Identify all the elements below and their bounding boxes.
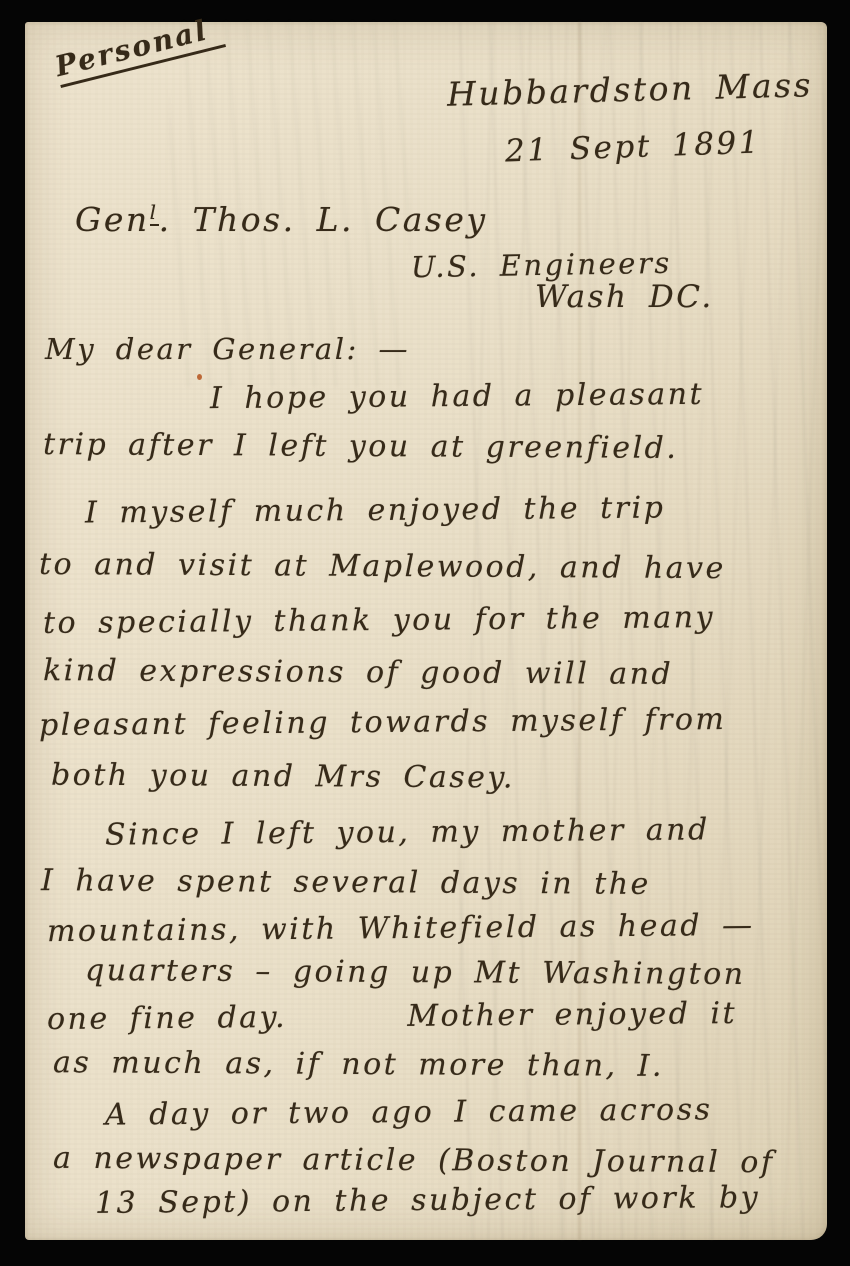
dateline-place: Hubbardston Mass — [447, 67, 814, 113]
letter-page: Personal Hubbardston Mass 21 Sept 1891 G… — [25, 22, 827, 1240]
recipient-name-prefix: Gen — [75, 200, 150, 239]
dateline-date: 21 Sept 1891 — [504, 126, 761, 169]
body-line: I hope you had a pleasant — [210, 378, 704, 415]
body-line: as much as, if not more than, I. — [53, 1046, 664, 1083]
body-line: one fine day. Mother enjoyed it — [47, 997, 737, 1036]
body-line: kind expressions of good will and — [43, 654, 673, 691]
recipient-name: Genl. Thos. L. Casey — [75, 202, 488, 238]
body-line: pleasant feeling towards myself from — [39, 703, 727, 742]
body-line: Since I left you, my mother and — [105, 813, 710, 851]
body-line: mountains, with Whitefield as head — — [47, 909, 755, 948]
personal-annotation: Personal — [52, 12, 226, 88]
recipient-name-rest: . Thos. L. Casey — [159, 200, 488, 239]
foxing-spot — [197, 374, 202, 380]
recipient-name-superscript: l — [150, 200, 159, 226]
salutation: My dear General: — — [45, 334, 410, 366]
body-line: to specially thank you for the many — [43, 601, 715, 640]
body-line: I have spent several days in the — [41, 864, 651, 901]
body-line: 13 Sept) on the subject of work by — [95, 1181, 760, 1220]
body-line: to and visit at Maplewood, and have — [39, 548, 726, 585]
body-line: a newspaper article (Boston Journal of — [53, 1142, 775, 1179]
recipient-city: Wash DC. — [535, 280, 714, 314]
body-line: I myself much enjoyed the trip — [85, 491, 666, 529]
scanned-letter-photo: { "letter": { "annotation": "Personal", … — [0, 0, 850, 1266]
body-line: trip after I left you at greenfield. — [43, 428, 679, 465]
body-line: both you and Mrs Casey. — [51, 759, 515, 795]
body-line: quarters – going up Mt Washington — [85, 954, 746, 991]
body-line: A day or two ago I came across — [105, 1093, 713, 1131]
